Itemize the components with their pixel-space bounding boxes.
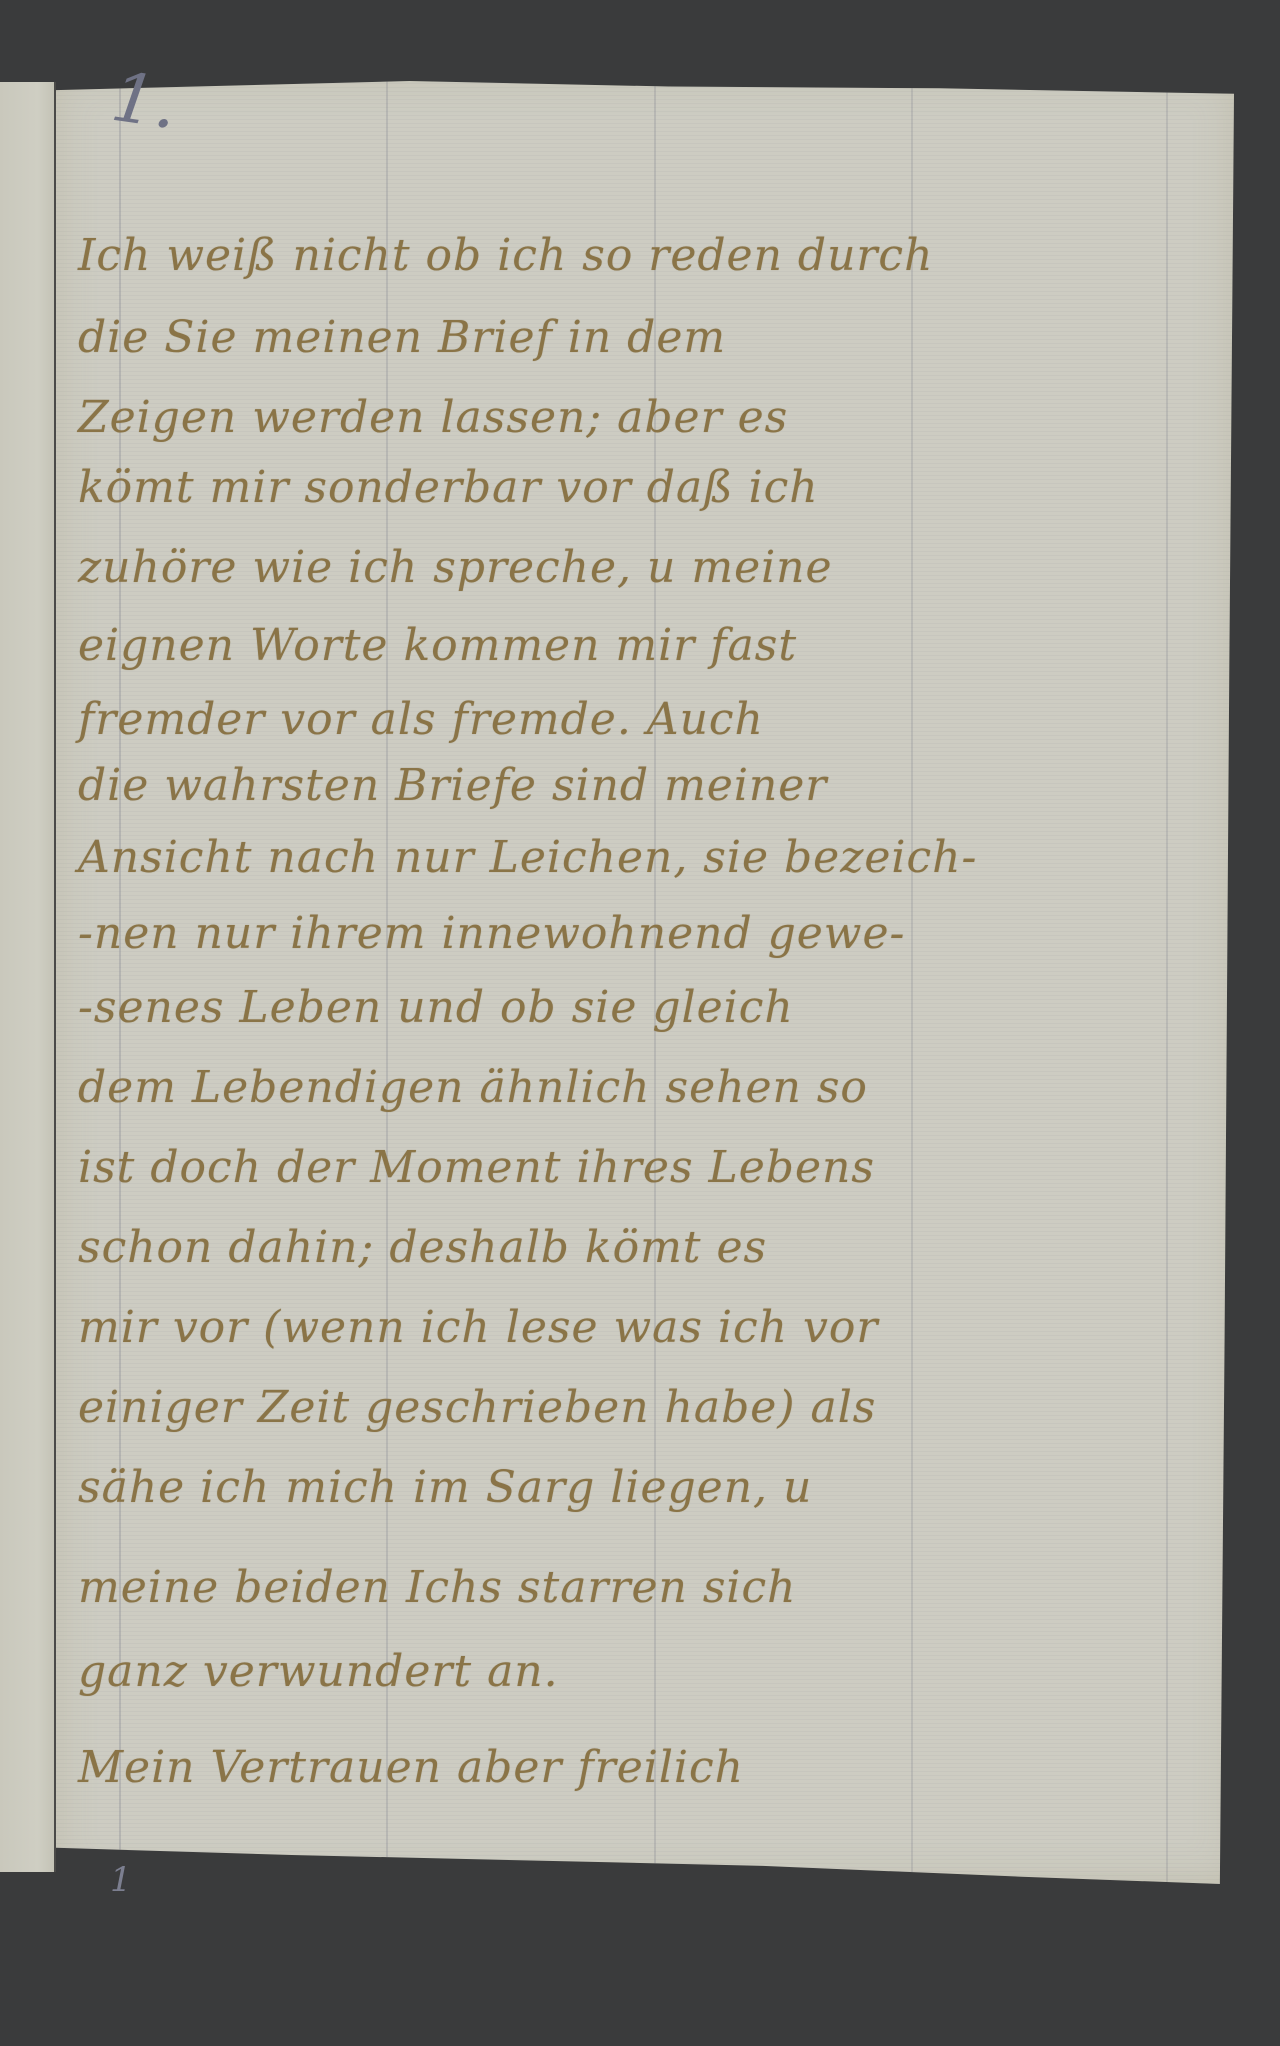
margin-pencil-mark: 1 [110,1860,132,1900]
text-line: sähe ich mich im Sarg liegen, u [78,1462,812,1513]
text-line: dem Lebendigen ähnlich sehen so [78,1062,868,1113]
text-line: ist doch der Moment ihres Lebens [78,1142,875,1193]
text-line: Ansicht nach nur Leichen, sie bezeich- [78,832,977,883]
page-number: 1. [107,58,182,145]
text-line: eignen Worte kommen mir fast [78,620,797,671]
text-line: kömt mir sonderbar vor daß ich [78,462,819,513]
text-line: Ich weiß nicht ob ich so reden durch [78,230,933,281]
text-line: die Sie meinen Brief in dem [78,312,726,363]
text-line: fremder vor als fremde. Auch [78,694,764,745]
text-line: schon dahin; deshalb kömt es [78,1222,767,1273]
adjacent-page-edge [0,82,56,1872]
text-line: Mein Vertrauen aber freilich [78,1742,744,1793]
text-line: die wahrsten Briefe sind meiner [78,760,827,811]
text-line: -nen nur ihrem innewohnend gewe- [78,908,905,959]
text-line: meine beiden Ichs starren sich [78,1562,797,1613]
text-line: mir vor (wenn ich lese was ich vor [78,1302,878,1353]
text-line: Zeigen werden lassen; aber es [78,392,788,443]
text-line: zuhöre wie ich spreche, u meine [78,542,833,593]
text-line: -senes Leben und ob sie gleich [78,982,794,1033]
text-line: ganz verwundert an. [78,1646,559,1697]
text-line: einiger Zeit geschrieben habe) als [78,1382,876,1433]
